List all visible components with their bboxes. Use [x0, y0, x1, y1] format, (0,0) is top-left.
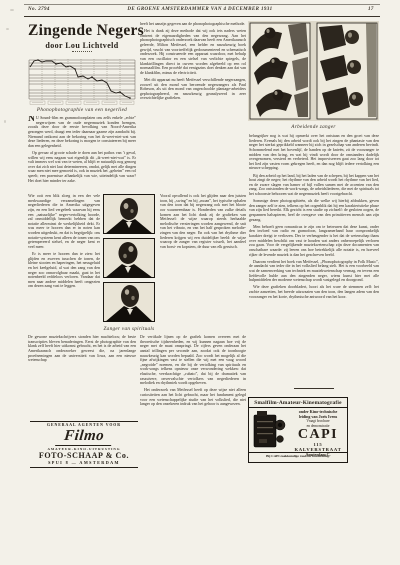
- paragraph: Er is meer te hooren dan te zien: het gl…: [28, 252, 100, 289]
- page-number: 17: [368, 7, 374, 12]
- paragraph: Wie ooit een blik sloeg in een der vele …: [28, 194, 100, 250]
- paragraph: Wie deze grafieken doorbladert, hoort al…: [249, 285, 379, 299]
- filmo-ad: GENERAAL AGENTEN VOOR Filmo AMATEUR-KINO…: [30, 421, 138, 468]
- paragraph: De vertikale lijnen op de grafiek komen …: [140, 335, 246, 386]
- filmo-ad-shop-name: FOTO-SCHAAP & Co.: [30, 451, 138, 460]
- right-column-text: belangrijker nog is wat hij opmerkt over…: [249, 134, 379, 384]
- scan-speck: [4, 120, 6, 123]
- paragraph: Sommige dezer photographieën, als die we…: [249, 199, 379, 222]
- left-column-text-b: Wie ooit een blik sloeg in een der vele …: [28, 194, 100, 328]
- paragraph: belangrijker nog is wat hij opmerkt over…: [249, 134, 379, 171]
- article-byline: door Lou Lichtveld: [28, 41, 136, 50]
- paragraph: Met dit apparaat nu heeft Metfessel vers…: [140, 78, 246, 101]
- worker-photo-image: [248, 21, 379, 121]
- filmo-ad-address: SPUI 8 — AMSTERDAM: [30, 460, 138, 468]
- drop-cap: N: [28, 116, 36, 124]
- singer-photo-frame-1: [103, 194, 155, 234]
- figure-caption: Phonophotographie van een negerlied: [24, 107, 140, 113]
- article-title: Zingende Negers: [28, 22, 136, 40]
- phonophotograph-chart-image: [28, 55, 136, 105]
- capi-ad-address: 115 KALVERSTRAAT: [289, 442, 347, 452]
- paragraph: Het onderzoek van Metfessel heeft op dez…: [140, 388, 246, 407]
- singer-photo-strip: [103, 194, 155, 324]
- paragraph: Op gevaar af groote schade te doen aan h…: [28, 151, 136, 183]
- filmo-logo: Filmo: [55, 429, 113, 446]
- paragraph: U Sound-film en grammofoonplaten ons zel…: [28, 116, 136, 148]
- paragraph: Het is dank zij deze methode dat wij ook…: [140, 29, 246, 75]
- worker-photo: [248, 21, 379, 121]
- paragraph: De gewone muziekschrijvers stonden hier …: [28, 335, 136, 363]
- header-rule-top: [24, 4, 380, 5]
- paragraph: Bij den arbeid op het land, bij het lade…: [249, 174, 379, 197]
- middle-column-text-bottom: De vertikale lijnen op de grafiek komen …: [140, 335, 246, 465]
- middle-column-text-top: heeft het aanzijn gegeven aan de phonoph…: [140, 22, 246, 192]
- newspaper-page: No. 2794 DE GROENE AMSTERDAMMER VAN 4 DE…: [0, 0, 400, 565]
- capi-ad-title: Smalfilm-Amateur-Kinematografie: [249, 398, 347, 408]
- middle-column-text-narrow: Vooral opvallend is ook het glijden naar…: [160, 194, 246, 328]
- header-rule-bottom: [24, 16, 380, 17]
- left-column-text-c: De gewone muziekschrijvers stonden hier …: [28, 335, 136, 418]
- article-end-rule: [294, 388, 334, 389]
- left-column-text-a: NU Sound-film en grammofoonplaten ons ze…: [28, 116, 136, 193]
- worker-caption: Arbeidende zanger: [248, 124, 379, 130]
- strip-caption: Zanger van spirituals: [93, 326, 165, 332]
- masthead: DE GROENE AMSTERDAMMER VAN 4 DECEMBER 19…: [0, 7, 400, 12]
- title-ornament: [72, 51, 92, 52]
- capi-brand: CAPI: [289, 428, 347, 442]
- phonophotograph-figure: [28, 55, 136, 105]
- singer-photo-frame-2: [103, 238, 155, 278]
- scan-speck: [6, 28, 9, 30]
- capi-ad: Smalfilm-Amateur-Kinematografie onder Ki…: [248, 397, 348, 463]
- paragraph: heeft het aanzijn gegeven aan de phonoph…: [140, 22, 246, 27]
- film-camera-image: [251, 409, 287, 451]
- singer-photo-frame-3: [103, 282, 155, 322]
- paragraph: Vooral opvallend is ook het glijden naar…: [160, 194, 246, 250]
- paragraph: Men behoeft geen romanticus te zijn om t…: [249, 225, 379, 257]
- paragraph: Daarom verdient het boek van Metfessel, …: [249, 260, 379, 283]
